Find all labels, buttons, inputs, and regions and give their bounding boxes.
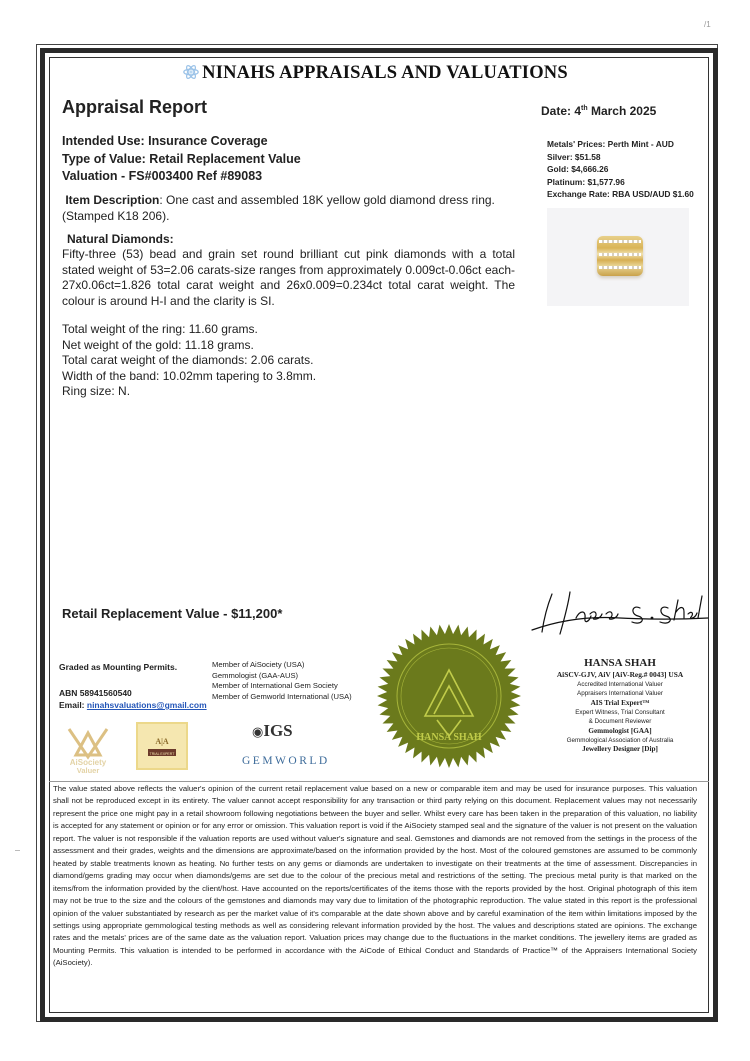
memberships-list: Member of AiSociety (USA) Gemmologist (G… — [212, 660, 352, 703]
page-title: Appraisal Report — [62, 97, 207, 118]
diamonds-title: Natural Diamonds: — [67, 232, 174, 246]
report-date: Date: 4th March 2025 — [541, 104, 656, 118]
company-name: NINAHS APPRAISALS AND VALUATIONS — [202, 63, 568, 83]
svg-text:Valuer: Valuer — [77, 766, 100, 775]
membership-item: Member of AiSociety (USA) — [212, 660, 352, 671]
ring-photo — [547, 208, 689, 306]
valuer-title: Accredited International Valuer — [530, 680, 710, 689]
svg-text:HANSA SHAH: HANSA SHAH — [416, 732, 482, 743]
valuation-ref: Valuation - FS#003400 Ref #89083 — [62, 168, 301, 186]
retail-replacement-value: Retail Replacement Value - $11,200* — [62, 606, 282, 621]
spec-item: Total weight of the ring: 11.60 grams. — [62, 322, 316, 338]
svg-text:A|A: A|A — [155, 737, 169, 746]
spec-item: Ring size: N. — [62, 384, 316, 400]
intended-use: Intended Use: Insurance Coverage — [62, 133, 301, 151]
silver-price: Silver: $51.58 — [547, 151, 694, 164]
disclaimer-text: The value stated above reflects the valu… — [53, 783, 697, 970]
spec-item: Width of the band: 10.02mm tapering to 3… — [62, 369, 316, 385]
atom-flower-icon — [182, 63, 200, 81]
specs-list: Total weight of the ring: 11.60 grams. N… — [62, 322, 316, 400]
valuer-credentials: AiSCV-GJV, AiV [AiV-Reg.# 0043] USA — [530, 669, 710, 680]
abn: ABN 58941560540 — [59, 688, 132, 698]
company-header: NINAHS APPRAISALS AND VALUATIONS — [0, 63, 750, 84]
report-meta: Intended Use: Insurance Coverage Type of… — [62, 133, 301, 186]
metals-title: Metals' Prices: Perth Mint - AUD — [547, 138, 694, 151]
type-of-value: Type of Value: Retail Replacement Value — [62, 151, 301, 169]
gemworld-logo: GEMWORLD — [242, 755, 330, 767]
membership-item: Gemmologist (GAA-AUS) — [212, 671, 352, 682]
seal-icon: HANSA SHAH — [375, 622, 523, 770]
valuer-title: Appraisers International Valuer — [530, 689, 710, 698]
diamonds-text: Fifty-three (53) bead and grain set roun… — [62, 247, 515, 309]
membership-item: Member of Gemworld International (USA) — [212, 692, 352, 703]
metals-prices: Metals' Prices: Perth Mint - AUD Silver:… — [547, 138, 694, 201]
aisociety-valuer-logo: AiSociety Valuer — [63, 717, 113, 775]
trial-expert-logo: A|A TRIAL EXPERT — [136, 722, 188, 770]
item-description: Item Description: One cast and assembled… — [62, 193, 512, 224]
svg-text:TRIAL EXPERT: TRIAL EXPERT — [150, 752, 176, 756]
valuer-gaa: Gemmological Association of Australia — [530, 736, 710, 745]
valuer-title: & Document Reviewer — [530, 717, 710, 726]
spec-item: Net weight of the gold: 11.18 grams. — [62, 338, 316, 354]
valuer-gemmologist: Gemmologist [GAA] — [530, 727, 710, 737]
margin-tick — [15, 850, 20, 851]
valuer-block: HANSA SHAH AiSCV-GJV, AiV [AiV-Reg.# 004… — [530, 657, 710, 755]
corner-mark: /1 — [704, 20, 711, 29]
ring-image — [597, 236, 643, 276]
gold-price: Gold: $4,666.26 — [547, 163, 694, 176]
divider — [49, 781, 709, 782]
valuer-trial-expert: AIS Trial Expert™ — [530, 699, 710, 709]
spec-item: Total carat weight of the diamonds: 2.06… — [62, 353, 316, 369]
item-description-label: Item Description — [65, 193, 159, 207]
valuer-title: Expert Witness, Trial Consultant — [530, 708, 710, 717]
exchange-rate: Exchange Rate: RBA USD/AUD $1.60 — [547, 188, 694, 201]
platinum-price: Platinum: $1,577.96 — [547, 176, 694, 189]
email-line: Email: ninahsvaluations@gmail.com — [59, 700, 207, 710]
igs-logo: ◉IGS — [252, 721, 293, 741]
valuer-signature — [530, 590, 710, 640]
igs-emblem-icon: ◉ — [252, 724, 263, 739]
membership-item: Member of International Gem Society — [212, 681, 352, 692]
valuer-designer: Jewellery Designer [Dip] — [530, 745, 710, 755]
email-link[interactable]: ninahsvaluations@gmail.com — [87, 700, 207, 710]
valuer-name: HANSA SHAH — [530, 657, 710, 669]
graded-note: Graded as Mounting Permits. — [59, 662, 177, 672]
